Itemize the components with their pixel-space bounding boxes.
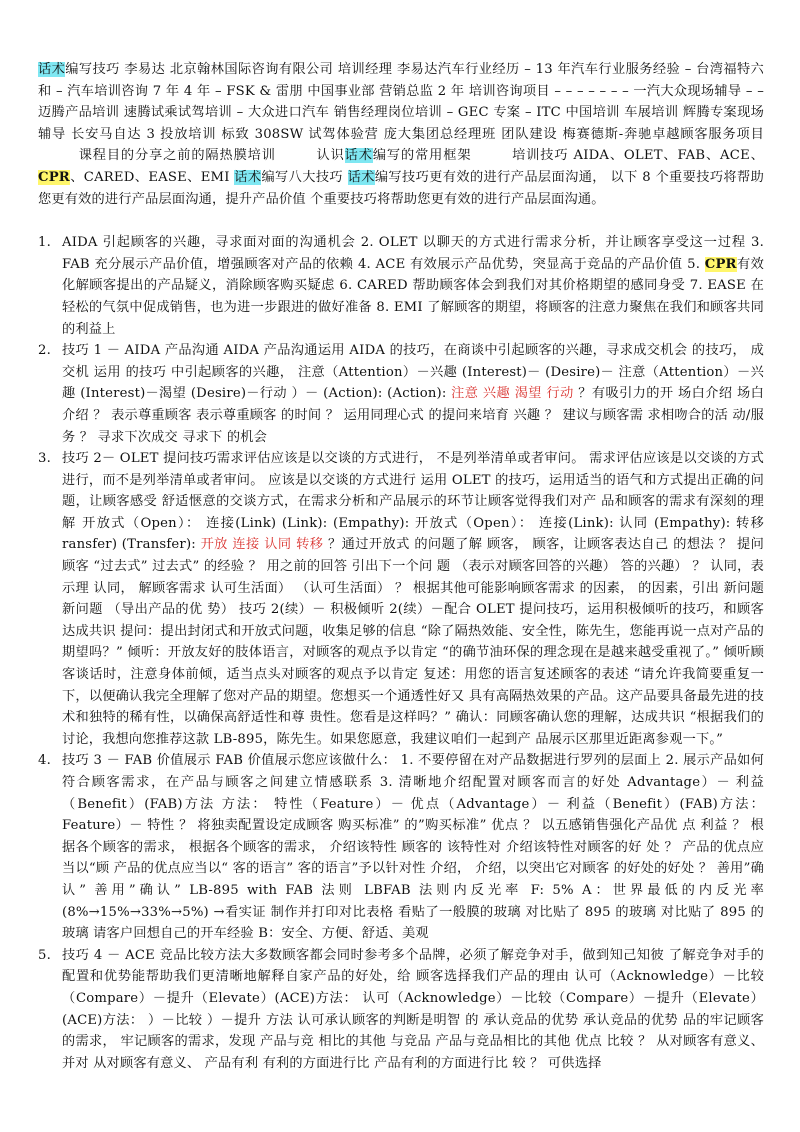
eight-skills-text: 编写八大技巧	[261, 170, 347, 185]
list-item: 5. 技巧 4 － ACE 竞品比较方法大多数顾客都会同时参考多个品牌，必须了解…	[38, 945, 764, 1075]
highlight-cpr: CPR	[38, 170, 70, 185]
list-item: 1. AIDA 引起顾客的兴趣，寻求面对面的沟通机会 2. OLET 以聊天的方…	[38, 232, 764, 340]
list-number: 1.	[38, 232, 51, 254]
list-item: 3. 技巧 2－ OLET 提问技巧需求评估应该是以交谈的方式进行， 不是列举清…	[38, 448, 764, 750]
list-number: 3.	[38, 448, 51, 470]
highlight-keyword: 话术	[345, 148, 373, 163]
red-keywords: 开放 连接 认同 转移	[201, 537, 324, 552]
techniques-text-b: 、CARED、EASE、EMI	[70, 170, 234, 185]
list-number: 2.	[38, 340, 51, 362]
techniques-text: 培训技巧 AIDA、OLET、FAB、ACE、	[511, 148, 764, 163]
list-number: 5.	[38, 945, 51, 967]
list-number: 4.	[38, 750, 51, 772]
intro-paragraph: 话术编写技巧 李易达 北京翰林国际咨询有限公司 培训经理 李易达汽车行业经历 –…	[38, 59, 764, 210]
highlight-keyword: 话术	[348, 170, 375, 185]
document-page: 话术编写技巧 李易达 北京翰林国际咨询有限公司 培训经理 李易达汽车行业经历 –…	[38, 59, 764, 1074]
list-item: 2. 技巧 1 － AIDA 产品沟通 AIDA 产品沟通运用 AIDA 的技巧…	[38, 340, 764, 448]
course-purpose-text: 课程目的分享之前的隔热膜培训	[78, 148, 276, 163]
framework-text-a: 认识	[316, 148, 345, 163]
highlight-keyword: 话术	[234, 170, 261, 185]
list-text: ？通过开放式 的问题了解 顾客， 顾客，让顾客表达自己 的想法 ？ 提问顾客 “…	[62, 537, 764, 746]
intro-text: 编写技巧 李易达 北京翰林国际咨询有限公司 培训经理 李易达汽车行业经历 – 1…	[38, 62, 764, 142]
list-text: 技巧 3 － FAB 价值展示 FAB 价值展示您应该做什么： 1. 不要停留在…	[62, 753, 764, 941]
techniques-list: 1. AIDA 引起顾客的兴趣，寻求面对面的沟通机会 2. OLET 以聊天的方…	[38, 232, 764, 1074]
list-text: 技巧 4 － ACE 竞品比较方法大多数顾客都会同时参考多个品牌，必须了解竞争对…	[62, 948, 764, 1071]
red-keywords: 注意 兴趣 渴望 行动	[451, 386, 574, 401]
list-item: 4. 技巧 3 － FAB 价值展示 FAB 价值展示您应该做什么： 1. 不要…	[38, 750, 764, 944]
highlight-keyword: 话术	[38, 62, 65, 77]
highlight-cpr: CPR	[705, 257, 737, 272]
list-text: AIDA 引起顾客的兴趣，寻求面对面的沟通机会 2. OLET 以聊天的方式进行…	[62, 235, 764, 272]
framework-text-b: 编写的常用框架	[373, 148, 472, 163]
